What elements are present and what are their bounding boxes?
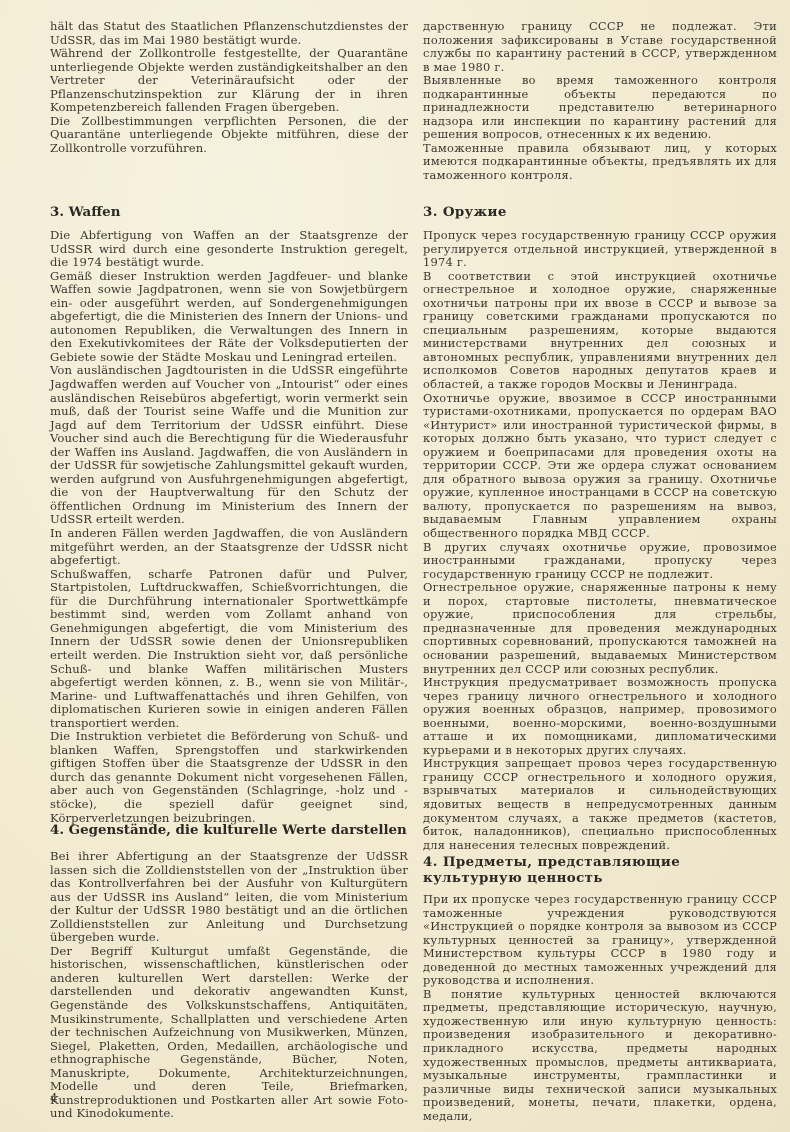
- section-weapons-ru: 3. Оружие: [423, 204, 777, 220]
- paragraph: Gemäß dieser Instruktion werden Jagdfeue…: [50, 270, 408, 365]
- paragraph: Während der Zollkontrolle festgestellte,…: [50, 47, 408, 115]
- section-culture-de-body: Bei ihrer Abfertigung an der Staatsgrenz…: [50, 850, 408, 1121]
- paragraph: дарственную границу СССР не подлежат. Эт…: [423, 20, 777, 74]
- paragraph: В соответствии с этой инструкцией охотни…: [423, 270, 777, 392]
- section-culture-ru-body: При их пропуске через государственную гр…: [423, 893, 777, 1123]
- paragraph: Огнестрельное оружие, снаряженные патрон…: [423, 581, 777, 676]
- paragraph: Инструкция запрещает провоз через госуда…: [423, 757, 777, 852]
- paragraph: Выявленные во время таможенного контроля…: [423, 74, 777, 142]
- section-weapons-ru-body: Пропуск через государственную границу СС…: [423, 229, 777, 852]
- paragraph: При их пропуске через государственную гр…: [423, 893, 777, 988]
- paragraph: Die Abfertigung von Waffen an der Staats…: [50, 229, 408, 270]
- section-heading: 4. Предметы, представляющие культурную ц…: [423, 854, 777, 886]
- paragraph: Schußwaffen, scharfe Patronen dafür und …: [50, 568, 408, 731]
- paragraph: Bei ihrer Abfertigung an der Staatsgrenz…: [50, 850, 408, 945]
- left-intro: hält das Statut des Staatlichen Pflanzen…: [50, 20, 408, 155]
- paragraph: В понятие культурных ценностей включаютс…: [423, 988, 777, 1123]
- section-heading: 3. Waffen: [50, 204, 408, 220]
- paragraph: Von ausländischen Jagdtouristen in die U…: [50, 364, 408, 527]
- paragraph: Инструкция предусматривает возможность п…: [423, 676, 777, 757]
- paragraph: Die Zollbestimmungen verpflichten Person…: [50, 115, 408, 156]
- section-culture-de: 4. Gegenstände, die kulturelle Werte dar…: [50, 822, 408, 838]
- paragraph: hält das Statut des Staatlichen Pflanzen…: [50, 20, 408, 47]
- section-weapons-de-body: Die Abfertigung von Waffen an der Staats…: [50, 229, 408, 825]
- paragraph: In anderen Fällen werden Jagdwaffen, die…: [50, 527, 408, 568]
- section-culture-ru: 4. Предметы, представляющие культурную ц…: [423, 854, 777, 886]
- paragraph: Der Begriff Kulturgut umfaßt Gegenstände…: [50, 945, 408, 1121]
- section-heading: 4. Gegenstände, die kulturelle Werte dar…: [50, 822, 408, 838]
- section-heading: 3. Оружие: [423, 204, 777, 220]
- right-intro: дарственную границу СССР не подлежат. Эт…: [423, 20, 777, 183]
- section-weapons-de: 3. Waffen: [50, 204, 408, 220]
- paragraph: Die Instruktion verbietet die Beförderun…: [50, 730, 408, 825]
- page-number: 4: [50, 1091, 58, 1105]
- paragraph: Пропуск через государственную границу СС…: [423, 229, 777, 270]
- paragraph: Охотничье оружие, ввозимое в СССР иностр…: [423, 392, 777, 541]
- paragraph: Таможенные правила обязывают лиц, у кото…: [423, 142, 777, 183]
- paragraph: В других случаях охотничье оружие, прово…: [423, 541, 777, 582]
